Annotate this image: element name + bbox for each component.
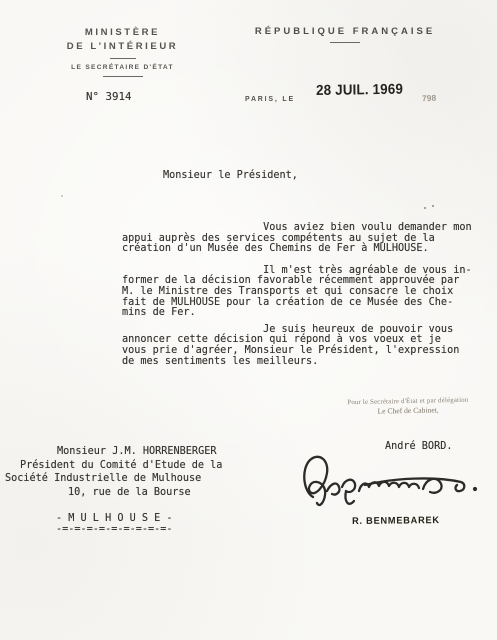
scan-speck — [432, 205, 434, 207]
ministry-name-line2: DE L'INTÉRIEUR — [40, 40, 205, 54]
paragraph: Il m'est très agréable de vous in- forme… — [122, 266, 482, 319]
scan-speck — [424, 207, 426, 209]
signature-period — [473, 487, 477, 491]
republic-title: RÉPUBLIQUE FRANÇAISE — [253, 26, 437, 37]
ministry-name-line1: MINISTÈRE — [40, 26, 205, 40]
reference-number: N° 3914 — [86, 92, 132, 103]
recipient-title-line1: Président du Comité d'Etude de la — [20, 461, 222, 472]
delegation-stamp: Pour le Secrétaire d'État et par délégat… — [318, 396, 497, 417]
paragraph: Je suis heureux de pouvoir vous annoncer… — [122, 325, 482, 367]
ministry-letterhead: MINISTÈRE DE L'INTÉRIEUR LE SECRÉTAIRE D… — [40, 26, 205, 77]
scan-speck — [61, 195, 63, 197]
republic-letterhead: RÉPUBLIQUE FRANÇAISE — [253, 26, 437, 43]
recipient-name: Monsieur J.M. HORRENBERGER — [57, 447, 216, 458]
office-title: LE SECRÉTAIRE D'ÉTAT — [40, 64, 205, 71]
scanned-letter-page: MINISTÈRE DE L'INTÉRIEUR LE SECRÉTAIRE D… — [0, 0, 497, 640]
date-stamp: 28 JUIL. 1969 — [316, 82, 403, 99]
handwritten-date-note: 798 — [422, 93, 437, 104]
recipient-address: 10, rue de la Bourse — [68, 488, 191, 499]
recipient-city-underline: -=-=-=-=-=-=-=-=-=- — [56, 525, 173, 536]
stamped-signer-name: R. BENMEBAREK — [352, 515, 440, 527]
salutation: Monsieur le Président, — [163, 171, 298, 182]
recipient-title-line2: Société Industrielle de Mulhouse — [5, 474, 201, 485]
recipient-city: - M U L H O U S E - — [56, 514, 173, 525]
letterhead-divider — [330, 42, 360, 43]
letterhead-divider — [103, 76, 143, 77]
letterhead-divider — [110, 58, 136, 59]
letter-body: Vous aviez bien voulu demander mon appui… — [122, 223, 482, 367]
paragraph: Vous aviez bien voulu demander mon appui… — [122, 223, 482, 255]
handwritten-signature — [299, 451, 489, 511]
place-date-label: PARIS, LE — [245, 96, 295, 103]
